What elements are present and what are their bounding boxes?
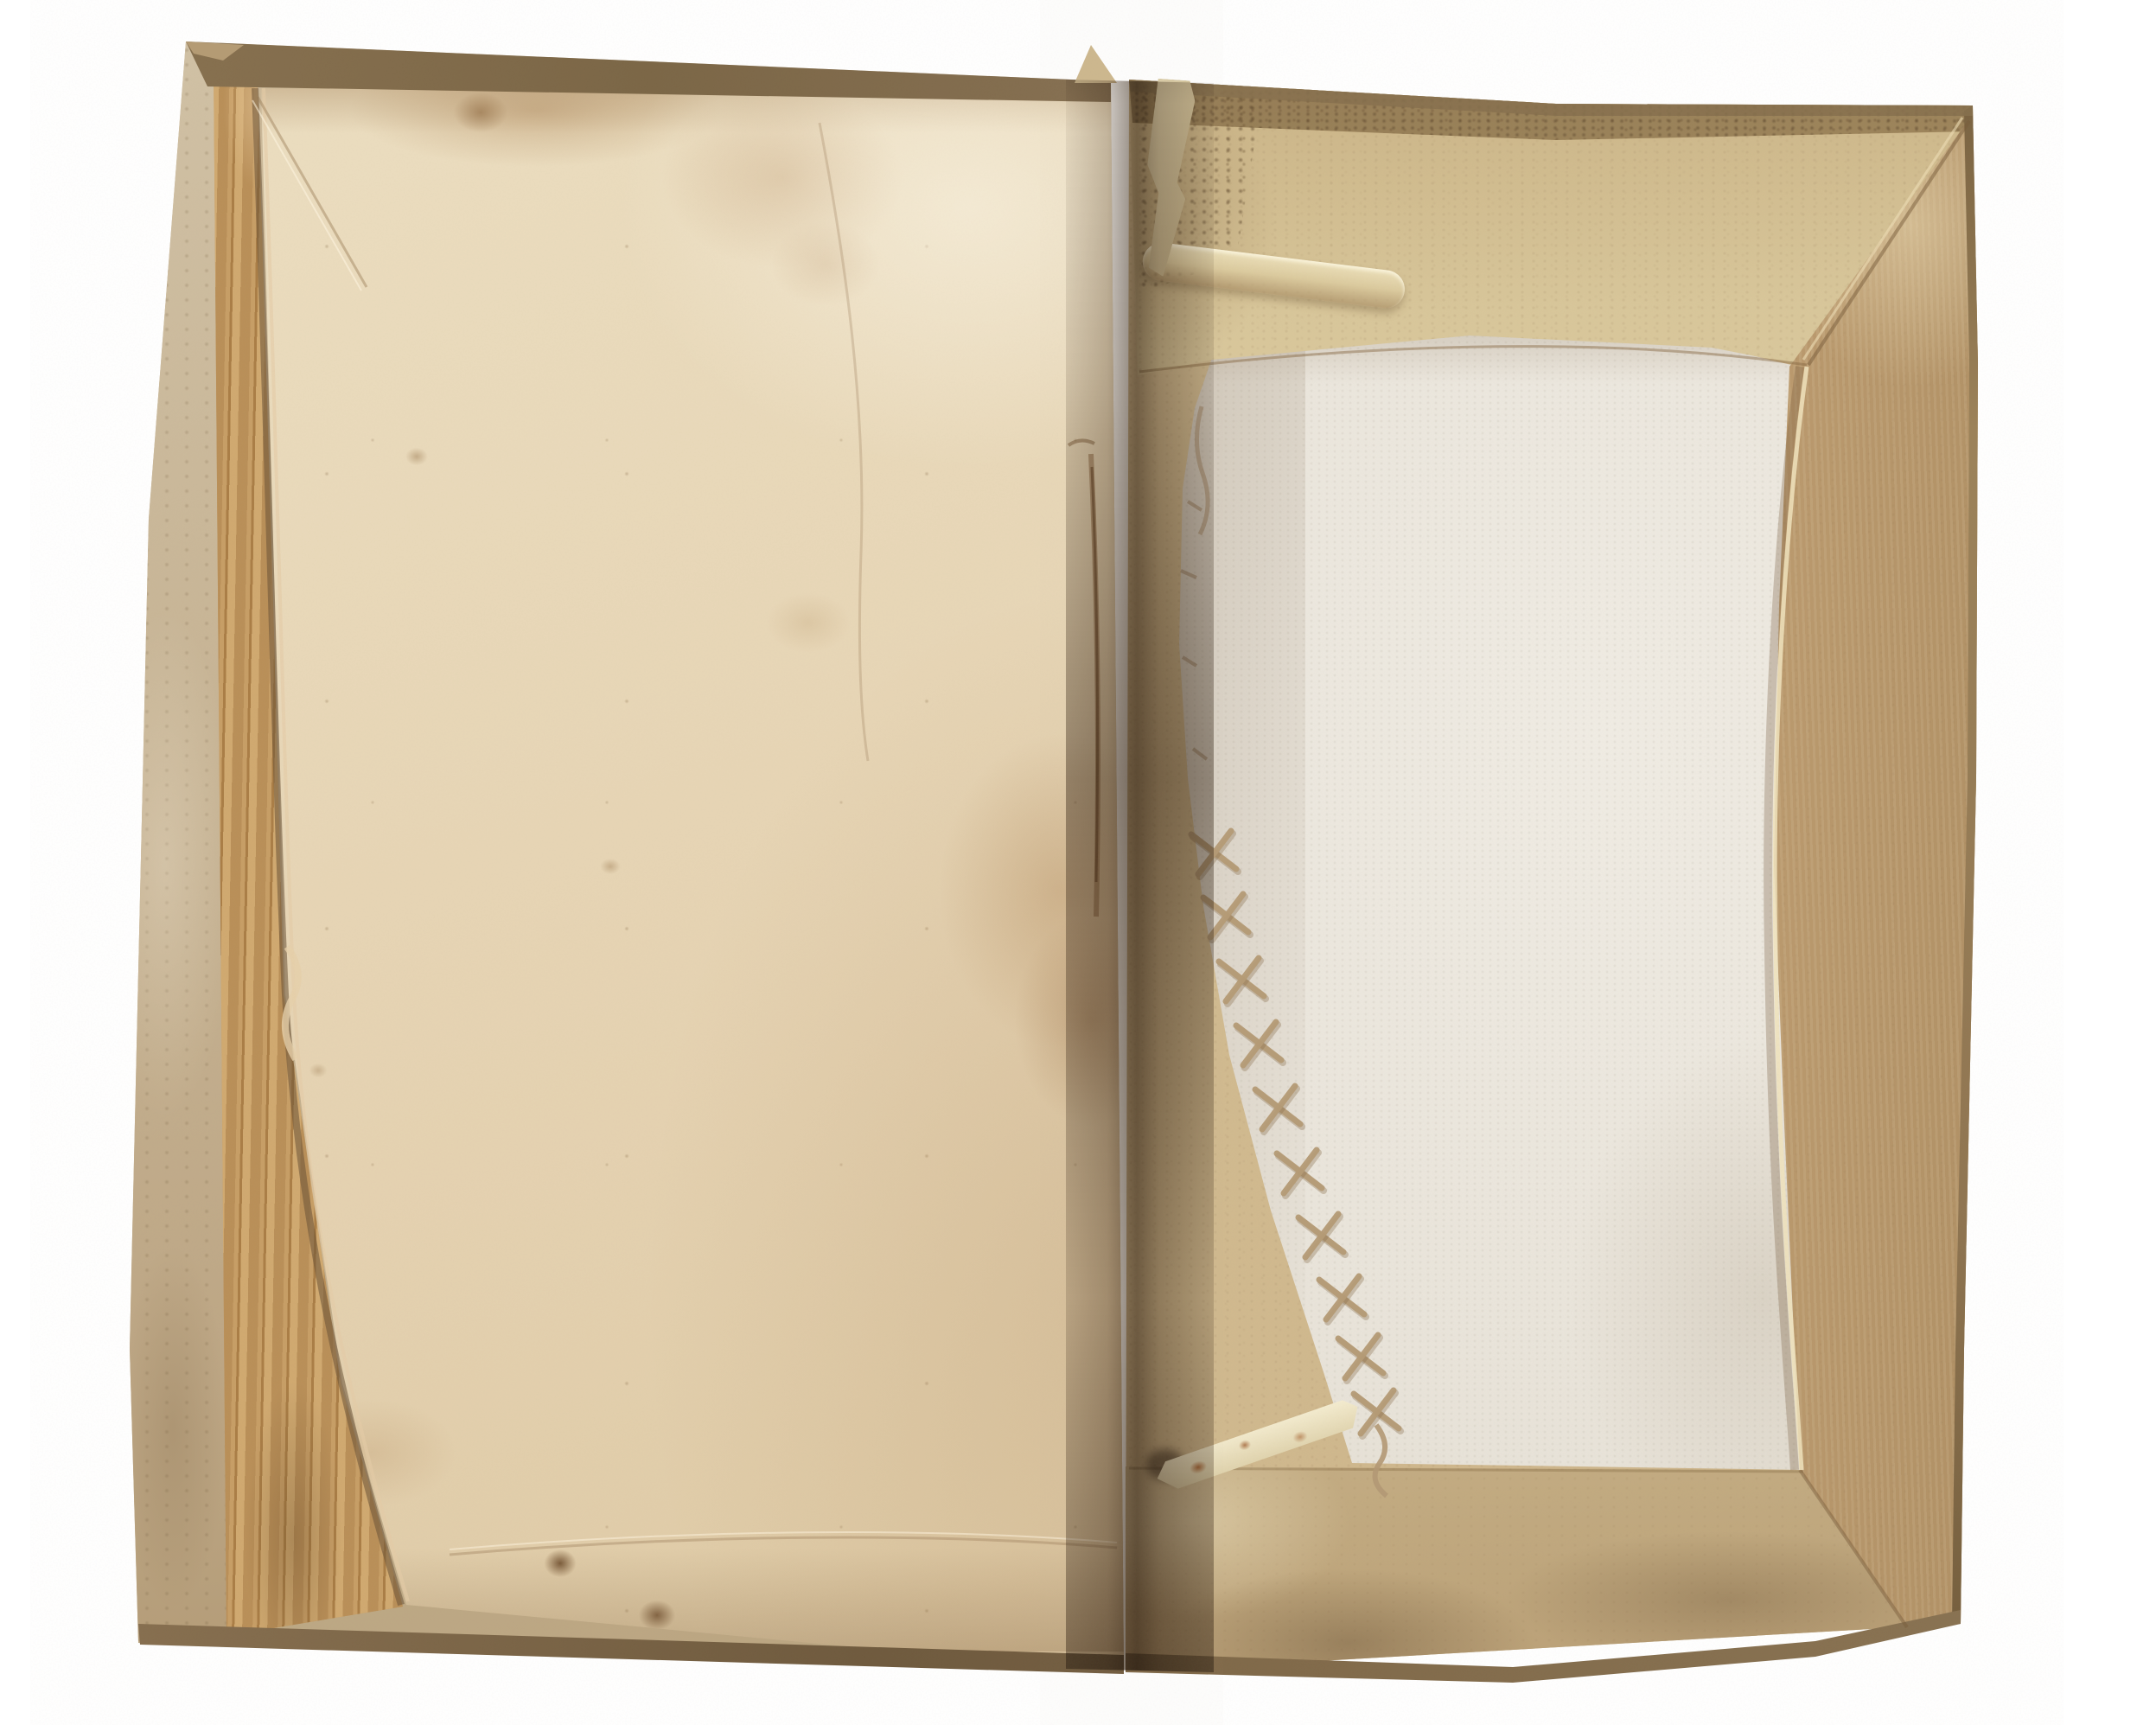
photo-stage xyxy=(0,0,2156,1725)
open-vellum-book xyxy=(0,0,2156,1725)
grain-left xyxy=(130,42,1124,1672)
grain-right xyxy=(1126,80,1978,1672)
film-grain-overlay xyxy=(0,0,2156,1725)
